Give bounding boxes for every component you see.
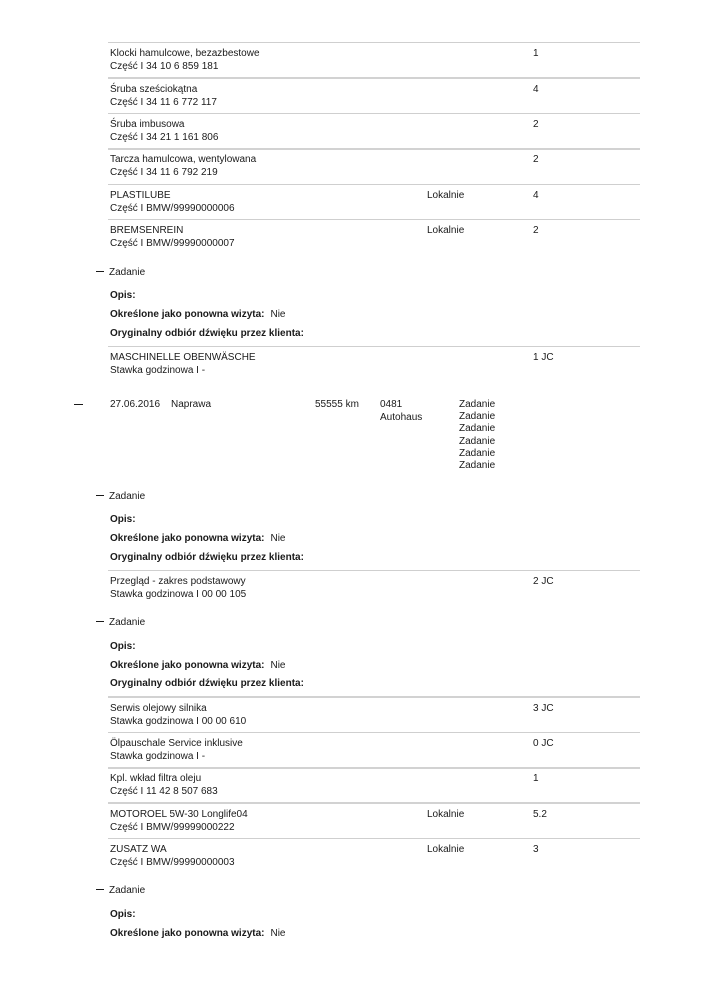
item-ref: Część I BMW/99999000222 [110,822,235,834]
item-qty: 5.2 [533,809,547,821]
item-ref: Stawka godzinowa I 00 00 610 [110,716,246,728]
description-field: Opis: [110,290,136,302]
task-toggle[interactable]: Zadanie [96,885,145,897]
item-name: ZUSATZ WA [110,844,167,856]
repeat-visit-value: Nie [270,533,285,544]
item-name: BREMSENREIN [110,225,183,237]
item-location: Lokalnie [427,844,464,856]
item-qty: 3 [533,844,539,856]
row-divider [108,802,640,804]
original-sound-label: Oryginalny odbiór dźwięku przez klienta: [110,328,304,339]
row-divider [108,570,640,571]
original-sound-field: Oryginalny odbiór dźwięku przez klienta: [110,552,304,564]
item-location: Lokalnie [427,190,464,202]
row-divider [108,696,640,698]
visit-task: Zadanie [459,436,495,448]
item-qty: 4 [533,84,539,96]
repeat-visit-value: Nie [270,660,285,671]
repeat-visit-label: Określone jako ponowna wizyta: [110,309,264,320]
row-divider [108,113,640,114]
repeat-visit-field: Określone jako ponowna wizyta:Nie [110,309,286,321]
repeat-visit-label: Określone jako ponowna wizyta: [110,533,264,544]
original-sound-label: Oryginalny odbiór dźwięku przez klienta: [110,678,304,689]
description-field: Opis: [110,641,136,653]
item-name: Przegląd - zakres podstawowy [110,576,246,588]
item-ref: Część I BMW/99990000006 [110,203,235,215]
visit-task: Zadanie [459,448,495,460]
visit-task: Zadanie [459,399,495,411]
item-name: Serwis olejowy silnika [110,703,207,715]
original-sound-field: Oryginalny odbiór dźwięku przez klienta: [110,328,304,340]
item-ref: Część I 34 10 6 859 181 [110,61,218,73]
repeat-visit-label: Określone jako ponowna wizyta: [110,660,264,671]
item-ref: Część I BMW/99990000007 [110,238,235,250]
item-name: MOTOROEL 5W-30 Longlife04 [110,809,248,821]
item-name: Klocki hamulcowe, bezazbestowe [110,48,260,60]
row-divider [108,767,640,769]
visit-task: Zadanie [459,423,495,435]
visit-task-list: Zadanie Zadanie Zadanie Zadanie Zadanie … [459,399,495,472]
collapse-icon [96,271,104,272]
task-toggle[interactable]: Zadanie [96,491,145,503]
item-location: Lokalnie [427,809,464,821]
item-name: PLASTILUBE [110,190,171,202]
row-divider [108,77,640,79]
item-name: Śruba imbusowa [110,119,184,131]
visit-mileage: 55555 km [315,399,359,411]
item-qty: 2 [533,154,539,166]
item-qty: 0 JC [533,738,554,750]
task-toggle[interactable]: Zadanie [96,267,145,279]
item-name: Śruba sześciokątna [110,84,197,96]
visit-task: Zadanie [459,411,495,423]
item-qty: 1 JC [533,352,554,364]
item-qty: 3 JC [533,703,554,715]
repeat-visit-label: Określone jako ponowna wizyta: [110,928,264,939]
item-ref: Stawka godzinowa I 00 00 105 [110,589,246,601]
collapse-icon [96,621,104,622]
task-label: Zadanie [109,885,145,896]
item-name: MASCHINELLE OBENWÄSCHE [110,352,256,364]
item-ref: Część I 34 11 6 772 117 [110,97,217,109]
description-field: Opis: [110,909,136,921]
row-divider [108,838,640,839]
item-qty: 2 JC [533,576,554,588]
visit-date: 27.06.2016 [110,399,160,411]
task-label: Zadanie [109,267,145,278]
description-label: Opis: [110,290,136,301]
description-label: Opis: [110,909,136,920]
item-qty: 4 [533,190,539,202]
item-qty: 1 [533,773,539,785]
item-ref: Część I 34 11 6 792 219 [110,167,218,179]
item-ref: Część I BMW/99990000003 [110,857,235,869]
row-divider [108,184,640,185]
row-divider [108,346,640,347]
visit-type: Naprawa [171,399,211,411]
item-qty: 2 [533,119,539,131]
item-name: Tarcza hamulcowa, wentylowana [110,154,256,166]
visit-dealer-name: Autohaus [380,412,422,424]
task-label: Zadanie [109,491,145,502]
repeat-visit-field: Określone jako ponowna wizyta:Nie [110,533,286,545]
row-divider [108,42,640,43]
repeat-visit-value: Nie [270,928,285,939]
item-ref: Stawka godzinowa I - [110,751,205,763]
task-label: Zadanie [109,617,145,628]
visit-collapse-icon[interactable] [74,404,83,405]
repeat-visit-value: Nie [270,309,285,320]
description-label: Opis: [110,514,136,525]
task-toggle[interactable]: Zadanie [96,617,145,629]
repeat-visit-field: Określone jako ponowna wizyta:Nie [110,928,286,940]
collapse-icon [96,495,104,496]
visit-task: Zadanie [459,460,495,472]
description-label: Opis: [110,641,136,652]
item-ref: Część I 34 21 1 161 806 [110,132,218,144]
item-name: Ölpauschale Service inklusive [110,738,243,750]
visit-dealer-code: 0481 [380,399,402,411]
item-ref: Stawka godzinowa I - [110,365,205,377]
row-divider [108,732,640,733]
row-divider [108,148,640,150]
item-ref: Część I 11 42 8 507 683 [110,786,218,798]
item-qty: 2 [533,225,539,237]
original-sound-field: Oryginalny odbiór dźwięku przez klienta: [110,678,304,690]
description-field: Opis: [110,514,136,526]
item-qty: 1 [533,48,539,60]
item-location: Lokalnie [427,225,464,237]
original-sound-label: Oryginalny odbiór dźwięku przez klienta: [110,552,304,563]
collapse-icon [96,889,104,890]
row-divider [108,219,640,220]
repeat-visit-field: Określone jako ponowna wizyta:Nie [110,660,286,672]
item-name: Kpl. wkład filtra oleju [110,773,201,785]
